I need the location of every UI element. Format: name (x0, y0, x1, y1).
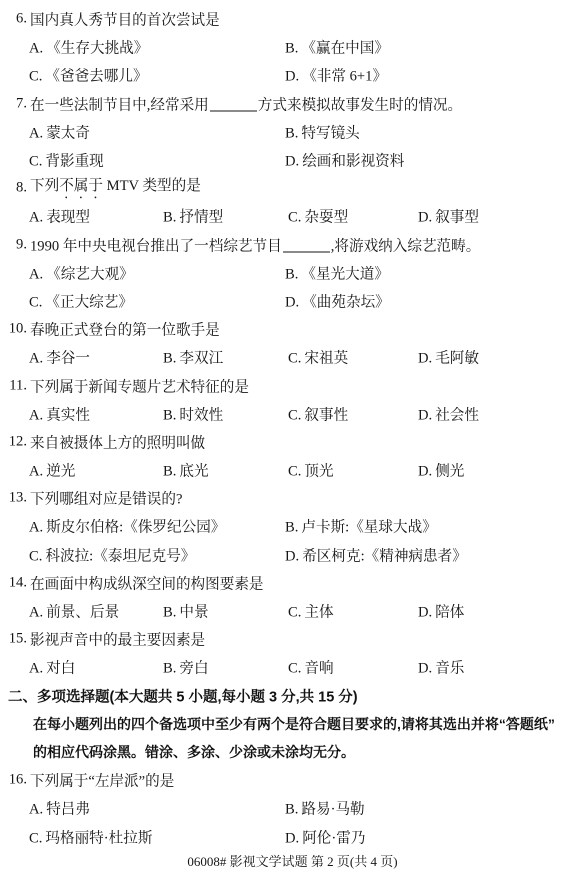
question-15: 15.影视声音中的最主要因素是 (0, 625, 585, 653)
question-text: 1990 年中央电视台推出了一档综艺节目,将游戏纳入综艺范畴。 (30, 234, 480, 255)
option-text: 主体 (304, 605, 333, 621)
question-text-segment: 下列 (30, 178, 59, 194)
option-C: C.杂耍型 (288, 206, 348, 227)
option-text: 卢卡斯:《星球大战》 (301, 520, 436, 536)
option-label: A. (29, 41, 43, 57)
option-text: 音响 (304, 661, 333, 677)
option-D: D.侧光 (418, 460, 464, 481)
question-text: 下列不属于 MTV 类型的是 (30, 174, 201, 202)
option-text: 社会性 (435, 407, 479, 423)
option-label: D. (418, 661, 432, 677)
option-D: D.绘画和影视资料 (285, 150, 404, 171)
fill-in-blank (210, 97, 257, 111)
option-text: 毛阿敏 (435, 351, 479, 367)
question-text-segment: 下列属于新闻专题片艺术特征的是 (30, 379, 249, 395)
options-row: A.斯皮尔伯格:《侏罗纪公园》B.卢卡斯:《星球大战》 (0, 512, 585, 540)
question-number: 11. (5, 377, 27, 394)
question-text-segment: ,将游戏纳入综艺范畴。 (331, 238, 481, 254)
option-A: A.表现型 (29, 206, 90, 227)
option-B: B.卢卡斯:《星球大战》 (285, 516, 437, 537)
option-text: 时效性 (179, 407, 223, 423)
options-row: A.特吕弗B.路易·马勒 (0, 794, 585, 822)
section-title: 二、多项选择题(本大题共 5 小题,每小题 3 分,共 15 分) (8, 685, 358, 706)
option-B: B.抒情型 (163, 206, 223, 227)
option-D: D.《非常 6+1》 (285, 65, 387, 86)
question-text-segment: 在一些法制节目中,经常采用 (30, 97, 209, 113)
option-B: B.中景 (163, 601, 209, 622)
options-row: A.表现型B.抒情型C.杂耍型D.叙事型 (0, 202, 585, 230)
option-label: B. (163, 464, 176, 480)
option-label: C. (29, 69, 42, 85)
option-label: D. (285, 69, 299, 85)
page-footer: 06008# 影视文学试题 第 2 页(共 4 页) (0, 851, 585, 879)
options-row: A.《综艺大观》B.《星光大道》 (0, 259, 585, 287)
question-text-segment: 下列属于“左岸派”的是 (30, 774, 174, 790)
option-label: A. (29, 266, 43, 282)
option-C: C.玛格丽特·杜拉斯 (29, 826, 152, 847)
option-label: B. (285, 266, 298, 282)
section-heading: 二、多项选择题(本大题共 5 小题,每小题 3 分,共 15 分) (0, 682, 585, 710)
option-text: 蒙太奇 (46, 125, 90, 141)
option-A: A.蒙太奇 (29, 121, 90, 142)
option-B: B.《星光大道》 (285, 262, 389, 283)
option-B: B.路易·马勒 (285, 798, 365, 819)
question-text-segment: 来自被摄体上方的照明叫做 (30, 435, 205, 451)
option-label: B. (163, 407, 176, 423)
option-text: 底光 (179, 464, 208, 480)
option-text: 抒情型 (179, 210, 223, 226)
option-text: 前景、后景 (46, 605, 119, 621)
option-label: A. (29, 802, 43, 818)
question-text-segment: 在画面中构成纵深空间的构图要素是 (30, 576, 264, 592)
option-label: D. (285, 548, 299, 564)
option-text: 阿伦·雷乃 (302, 830, 365, 846)
option-text: 真实性 (46, 407, 90, 423)
option-A: A.《综艺大观》 (29, 262, 134, 283)
option-text: 音乐 (435, 661, 464, 677)
options-row: A.逆光B.底光C.顶光D.侧光 (0, 456, 585, 484)
option-label: B. (163, 210, 176, 226)
question-number: 8. (5, 180, 27, 197)
question-text: 下列哪组对应是错误的? (30, 488, 182, 509)
option-text: 中景 (179, 605, 208, 621)
question-9: 9.1990 年中央电视台推出了一档综艺节目,将游戏纳入综艺范畴。 (0, 231, 585, 259)
option-C: C.主体 (288, 601, 334, 622)
option-text: 路易·马勒 (301, 802, 364, 818)
option-label: A. (29, 605, 43, 621)
options-row: C.玛格丽特·杜拉斯D.阿伦·雷乃 (0, 822, 585, 850)
option-B: B.《赢在中国》 (285, 37, 389, 58)
question-7: 7.在一些法制节目中,经常采用方式来模拟故事发生时的情况。 (0, 90, 585, 118)
option-text: 李双江 (179, 351, 223, 367)
question-text: 下列属于“左岸派”的是 (30, 770, 174, 791)
question-text-segment: 影视声音中的最主要因素是 (30, 633, 205, 649)
option-label: D. (418, 210, 432, 226)
option-label: C. (288, 464, 301, 480)
question-number: 9. (5, 236, 27, 253)
option-text: 宋祖英 (304, 351, 348, 367)
footer-text: 06008# 影视文学试题 第 2 页(共 4 页) (187, 851, 397, 870)
option-label: B. (163, 661, 176, 677)
option-text: 《曲苑杂坛》 (302, 294, 390, 310)
question-text-segment: 不属于 (59, 178, 103, 194)
option-label: D. (285, 154, 299, 170)
options-row: A.前景、后景B.中景C.主体D.陪体 (0, 597, 585, 625)
section-instructions-line: 在每小题列出的四个备选项中至少有两个是符合题目要求的,请将其选出并将“答题纸” (0, 710, 585, 738)
question-text: 国内真人秀节目的首次尝试是 (30, 9, 220, 30)
question-number: 6. (5, 11, 27, 28)
option-text: 《综艺大观》 (46, 266, 134, 282)
option-text: 表现型 (46, 210, 90, 226)
option-text: 陪体 (435, 605, 464, 621)
question-number: 7. (5, 95, 27, 112)
option-A: A.李谷一 (29, 347, 90, 368)
option-A: A.逆光 (29, 460, 75, 481)
option-A: A.真实性 (29, 403, 90, 424)
option-label: D. (418, 351, 432, 367)
option-label: D. (285, 830, 299, 846)
option-D: D.音乐 (418, 657, 464, 678)
option-text: 叙事型 (435, 210, 479, 226)
option-label: A. (29, 520, 43, 536)
option-text: 杂耍型 (304, 210, 348, 226)
question-number: 13. (5, 490, 27, 507)
question-text: 在画面中构成纵深空间的构图要素是 (30, 572, 264, 593)
option-C: C.叙事性 (288, 403, 348, 424)
question-text-segment: 春晚正式登台的第一位歌手是 (30, 323, 220, 339)
question-text: 来自被摄体上方的照明叫做 (30, 431, 205, 452)
option-label: A. (29, 125, 43, 141)
option-text: 《生存大挑战》 (46, 41, 148, 57)
option-text: 对白 (46, 661, 75, 677)
option-C: C.《正大综艺》 (29, 290, 133, 311)
option-C: C.科波拉:《泰坦尼克号》 (29, 544, 195, 565)
option-label: C. (29, 548, 42, 564)
options-row: A.《生存大挑战》B.《赢在中国》 (0, 33, 585, 61)
option-B: B.时效性 (163, 403, 223, 424)
option-text: 李谷一 (46, 351, 90, 367)
option-label: A. (29, 464, 43, 480)
option-label: A. (29, 407, 43, 423)
option-text: 侧光 (435, 464, 464, 480)
options-row: A.真实性B.时效性C.叙事性D.社会性 (0, 400, 585, 428)
question-text: 下列属于新闻专题片艺术特征的是 (30, 375, 249, 396)
option-B: B.底光 (163, 460, 209, 481)
options-row: C.《爸爸去哪儿》D.《非常 6+1》 (0, 61, 585, 89)
question-text-segment: 1990 年中央电视台推出了一档综艺节目 (30, 238, 282, 254)
question-text: 影视声音中的最主要因素是 (30, 629, 205, 650)
option-C: C.宋祖英 (288, 347, 348, 368)
option-D: D.阿伦·雷乃 (285, 826, 365, 847)
option-text: 希区柯克:《精神病患者》 (302, 548, 467, 564)
question-text: 在一些法制节目中,经常采用方式来模拟故事发生时的情况。 (30, 93, 462, 114)
fill-in-blank (283, 238, 330, 252)
question-number: 14. (5, 574, 27, 591)
options-row: A.李谷一B.李双江C.宋祖英D.毛阿敏 (0, 343, 585, 371)
option-label: D. (418, 464, 432, 480)
option-D: D.陪体 (418, 601, 464, 622)
option-A: A.斯皮尔伯格:《侏罗纪公园》 (29, 516, 225, 537)
option-text: 逆光 (46, 464, 75, 480)
option-label: C. (29, 830, 42, 846)
question-12: 12.来自被摄体上方的照明叫做 (0, 428, 585, 456)
option-label: C. (288, 351, 301, 367)
options-row: A.蒙太奇B.特写镜头 (0, 118, 585, 146)
option-B: B.特写镜头 (285, 121, 360, 142)
option-text: 《正大综艺》 (45, 294, 133, 310)
option-text: 斯皮尔伯格:《侏罗纪公园》 (46, 520, 225, 536)
option-text: 特写镜头 (301, 125, 359, 141)
option-D: D.社会性 (418, 403, 479, 424)
option-label: A. (29, 210, 43, 226)
option-text: 《星光大道》 (301, 266, 389, 282)
option-text: 特吕弗 (46, 802, 90, 818)
option-text: 旁白 (179, 661, 208, 677)
option-C: C.音响 (288, 657, 334, 678)
question-11: 11.下列属于新闻专题片艺术特征的是 (0, 371, 585, 399)
option-text: 顶光 (304, 464, 333, 480)
option-label: B. (285, 802, 298, 818)
question-8: 8.下列不属于 MTV 类型的是 (0, 174, 585, 202)
question-text-segment: 下列哪组对应是错误的? (30, 492, 182, 508)
exam-paper-page: 6.国内真人秀节目的首次尝试是A.《生存大挑战》B.《赢在中国》C.《爸爸去哪儿… (0, 0, 585, 885)
option-A: A.特吕弗 (29, 798, 90, 819)
option-text: 《非常 6+1》 (302, 69, 387, 85)
option-label: A. (29, 661, 43, 677)
option-C: C.顶光 (288, 460, 334, 481)
instructions-text: 的相应代码涂黑。错涂、多涂、少涂或未涂均无分。 (33, 742, 355, 762)
question-number: 15. (5, 631, 27, 648)
option-D: D.《曲苑杂坛》 (285, 290, 390, 311)
options-row: C.《正大综艺》D.《曲苑杂坛》 (0, 287, 585, 315)
option-A: A.对白 (29, 657, 75, 678)
option-text: 玛格丽特·杜拉斯 (45, 830, 152, 846)
option-label: C. (288, 407, 301, 423)
question-text-segment: 方式来模拟故事发生时的情况。 (258, 97, 462, 113)
option-D: D.叙事型 (418, 206, 479, 227)
option-label: C. (288, 210, 301, 226)
option-A: A.前景、后景 (29, 601, 119, 622)
question-16: 16.下列属于“左岸派”的是 (0, 766, 585, 794)
option-text: 叙事性 (304, 407, 348, 423)
option-label: B. (285, 520, 298, 536)
options-row: C.科波拉:《泰坦尼克号》D.希区柯克:《精神病患者》 (0, 541, 585, 569)
question-14: 14.在画面中构成纵深空间的构图要素是 (0, 569, 585, 597)
option-label: C. (288, 661, 301, 677)
option-label: C. (29, 294, 42, 310)
instructions-text: 在每小题列出的四个备选项中至少有两个是符合题目要求的,请将其选出并将“答题纸” (33, 714, 555, 734)
exam-content: 6.国内真人秀节目的首次尝试是A.《生存大挑战》B.《赢在中国》C.《爸爸去哪儿… (0, 5, 585, 879)
option-text: 《赢在中国》 (301, 41, 389, 57)
question-text: 春晚正式登台的第一位歌手是 (30, 319, 220, 340)
options-row: C.背影重现D.绘画和影视资料 (0, 146, 585, 174)
option-label: C. (288, 605, 301, 621)
option-label: B. (285, 125, 298, 141)
option-text: 背影重现 (45, 154, 103, 170)
section-instructions-line: 的相应代码涂黑。错涂、多涂、少涂或未涂均无分。 (0, 738, 585, 766)
option-A: A.《生存大挑战》 (29, 37, 148, 58)
option-label: D. (418, 605, 432, 621)
option-B: B.旁白 (163, 657, 209, 678)
question-text-segment: MTV 类型的是 (103, 178, 201, 194)
option-label: C. (29, 154, 42, 170)
question-number: 10. (5, 321, 27, 338)
option-text: 《爸爸去哪儿》 (45, 69, 147, 85)
question-number: 16. (5, 772, 27, 789)
question-13: 13.下列哪组对应是错误的? (0, 484, 585, 512)
question-6: 6.国内真人秀节目的首次尝试是 (0, 5, 585, 33)
option-text: 绘画和影视资料 (302, 154, 404, 170)
option-label: B. (163, 605, 176, 621)
option-text: 科波拉:《泰坦尼克号》 (45, 548, 195, 564)
option-D: D.毛阿敏 (418, 347, 479, 368)
option-D: D.希区柯克:《精神病患者》 (285, 544, 467, 565)
option-label: A. (29, 351, 43, 367)
option-B: B.李双江 (163, 347, 223, 368)
options-row: A.对白B.旁白C.音响D.音乐 (0, 653, 585, 681)
option-label: B. (285, 41, 298, 57)
option-C: C.《爸爸去哪儿》 (29, 65, 148, 86)
option-label: B. (163, 351, 176, 367)
option-C: C.背影重现 (29, 150, 104, 171)
question-number: 12. (5, 433, 27, 450)
question-10: 10.春晚正式登台的第一位歌手是 (0, 315, 585, 343)
option-label: D. (285, 294, 299, 310)
option-label: D. (418, 407, 432, 423)
question-text-segment: 国内真人秀节目的首次尝试是 (30, 13, 220, 29)
